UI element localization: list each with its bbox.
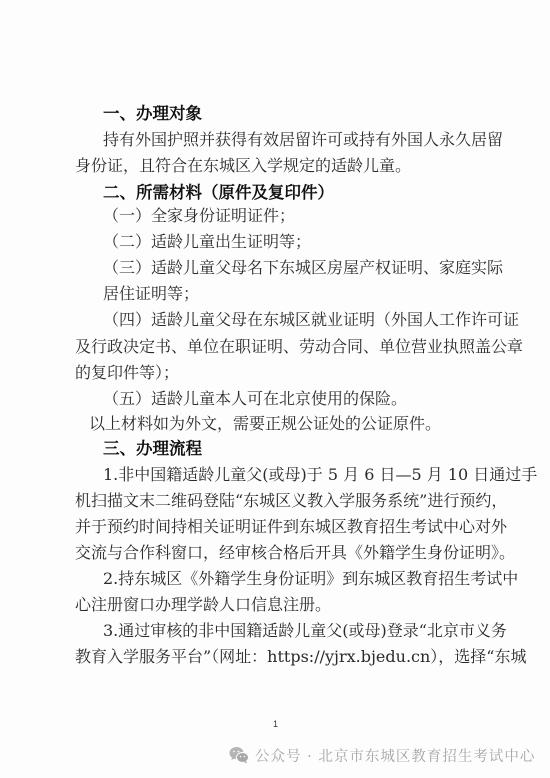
- step-2-cont: 心注册窗口办理学龄人口信息注册。: [75, 595, 331, 615]
- section-heading-2: 二、所需材料（原件及复印件）: [103, 183, 334, 203]
- paragraph-line: 身份证，且符合在东城区入学规定的适龄儿童。: [75, 156, 411, 176]
- material-item-2: （二）适龄儿童出生证明等；: [103, 232, 311, 252]
- material-item-1: （一）全家身份证明证件；: [103, 206, 295, 226]
- paragraph-line: 持有外国护照并获得有效居留许可或持有外国人永久居留: [103, 130, 479, 150]
- step-1-cont: 交流与合作科窗口，经审核合格后开具《外籍学生身份证明》。: [75, 543, 479, 563]
- material-item-4-cont: 的复印件等）；: [75, 363, 179, 383]
- page-number: 1: [273, 719, 278, 729]
- watermark-text: 公众号 · 北京市东城区教育招生考试中心: [255, 745, 535, 766]
- wechat-watermark: 公众号 · 北京市东城区教育招生考试中心: [229, 744, 535, 766]
- wechat-icon: [229, 746, 249, 764]
- material-item-4: （四）适龄儿童父母在东城区就业证明（外国人工作许可证: [103, 310, 479, 330]
- document-page: 一、办理对象 持有外国护照并获得有效居留许可或持有外国人永久居留 身份证，且符合…: [0, 0, 550, 778]
- material-item-3: （三）适龄儿童父母名下东城区房屋产权证明、家庭实际: [103, 258, 479, 278]
- step-3: 3.通过审核的非中国籍适龄儿童父(或母)登录“北京市义务: [103, 621, 479, 641]
- step-3-cont: 教育入学服务平台”（网址：https://yjrx.bjedu.cn），选择“东…: [75, 647, 479, 667]
- material-item-5: （五）适龄儿童本人可在北京使用的保险。: [103, 389, 407, 409]
- section-heading-1: 一、办理对象: [103, 104, 202, 124]
- section-heading-3: 三、办理流程: [103, 439, 202, 459]
- step-1: 1.非中国籍适龄儿童父(或母)于 5 月 6 日—5 月 10 日通过手: [103, 465, 479, 485]
- material-item-3-cont: 居住证明等；: [103, 284, 199, 304]
- step-1-cont: 并于预约时间持相关证明证件到东城区教育招生考试中心对外: [75, 517, 479, 537]
- materials-note: 以上材料如为外文，需要正规公证处的公证原件。: [89, 414, 441, 434]
- step-2: 2.持东城区《外籍学生身份证明》到东城区教育招生考试中: [103, 569, 479, 589]
- step-1-cont: 机扫描文末二维码登陆“东城区义教入学服务系统”进行预约，: [75, 491, 479, 511]
- material-item-4-cont: 及行政决定书、单位在职证明、劳动合同、单位营业执照盖公章: [75, 337, 479, 357]
